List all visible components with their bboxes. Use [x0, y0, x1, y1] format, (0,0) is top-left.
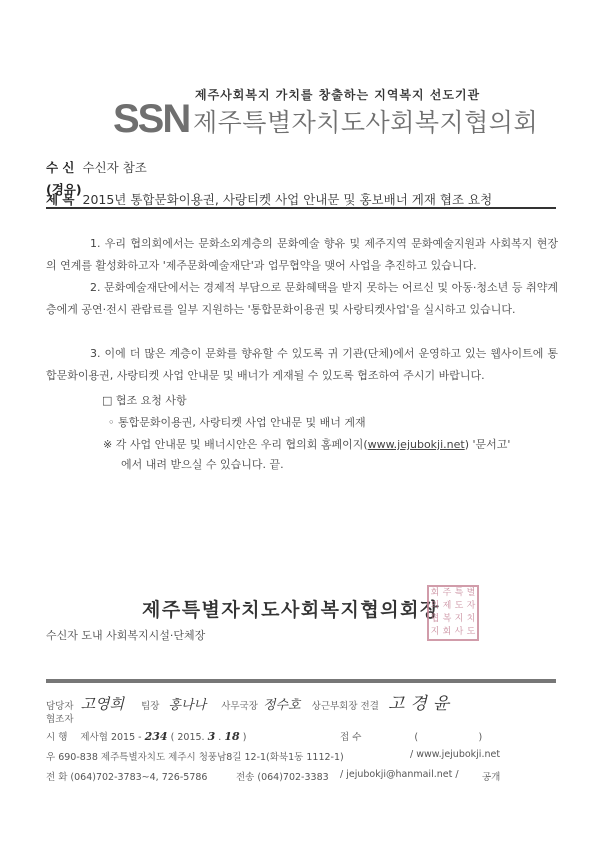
receipt-row: 접 수 ( ) [340, 729, 482, 743]
exec-month: 3 [208, 730, 216, 743]
footer-divider [46, 679, 556, 683]
note-line-1: ※ 각 사업 안내문 및 배너시안은 우리 협의회 홈페이지(www.jejub… [103, 436, 510, 452]
slogan: 제주사회복지 가치를 창출하는 지역복지 선도기관 [195, 86, 480, 103]
note-suffix: ) '문서고' [465, 438, 511, 451]
ssn-logo: SSN [113, 97, 189, 142]
title-divider [46, 207, 556, 209]
paragraph-3: 3. 이에 더 많은 계층이 문화를 향유할 수 있도록 귀 기관(단체)에서 … [46, 343, 558, 387]
approval-row: 담당자 고영희 팀장 홍나나 사무국장 정수호 상근부회장 전결 고경윤 [46, 689, 455, 714]
signatory-title: 제주특별자치도사회복지협의회장 [142, 595, 440, 622]
subject-value: 2015년 통합문화이용권, 사랑티켓 사업 안내문 및 홍보배너 게재 협조 … [83, 192, 493, 207]
org-name: 제주특별자치도사회복지협의회 [193, 103, 538, 139]
vp-signature: 고경윤 [388, 694, 455, 714]
exec-label: 시 행 [46, 732, 67, 743]
official-seal: 회주특별 의제도자 협복지치 지회사도 [427, 585, 479, 641]
website[interactable]: / www.jejubokji.net [410, 749, 500, 760]
secretary-label: 사무국장 [221, 701, 258, 712]
homepage-link[interactable]: www.jejubokji.net [368, 438, 465, 451]
team-label: 팀장 [141, 701, 159, 712]
doc-number: 234 [145, 730, 168, 743]
note-line-2: 에서 내려 받으실 수 있습니다. 끝. [121, 456, 284, 472]
recipient-row: 수 신 수신자 참조 [46, 158, 147, 176]
staff-signature: 고영희 [81, 695, 124, 713]
exec-date-open: ( 2015. [171, 732, 205, 743]
subject-label: 제 목 [46, 192, 75, 207]
request-item: ◦ 통합문화이용권, 사랑티켓 사업 안내문 및 배너 게재 [108, 414, 366, 430]
subject-row: 제 목 2015년 통합문화이용권, 사랑티켓 사업 안내문 및 홍보배너 게재… [46, 188, 492, 208]
paragraph-1: 1. 우리 협의회에서는 문화소외계층의 문화예술 향유 및 제주지역 문화예술… [46, 233, 558, 277]
receipt-value: ( ) [414, 732, 482, 743]
note-prefix: ※ 각 사업 안내문 및 배너시안은 우리 협의회 홈페이지( [103, 438, 368, 451]
disclosure-status: 공개 [482, 769, 500, 783]
exec-day: 18 [224, 730, 239, 743]
phone: 전 화 (064)702-3783~4, 726-5786 [46, 769, 207, 783]
fax: 전송 (064)702-3383 [236, 769, 329, 783]
exec-value: 제사협 2015 - [80, 732, 141, 743]
secretary-signature: 정수호 [263, 698, 301, 713]
email[interactable]: / jejubokji@hanmail.net / [340, 769, 459, 780]
receiver-list: 수신자 도내 사회복지시설·단체장 [46, 627, 205, 643]
execution-row: 시 행 제사협 2015 - 234 ( 2015. 3 . 18 ) [46, 729, 246, 743]
paragraph-2: 2. 문화예술재단에서는 경제적 부담으로 문화혜택을 받지 못하는 어르신 및… [46, 277, 558, 321]
exec-sep: . [218, 732, 221, 743]
request-heading: □ 협조 요청 사항 [102, 392, 187, 408]
recipient-label: 수 신 [46, 160, 75, 175]
team-signature: 홍나나 [168, 698, 206, 713]
recipient-value: 수신자 참조 [83, 160, 147, 175]
address: 우 690-838 제주특별자치도 제주시 청풍남8길 12-1(화북1동 11… [46, 749, 344, 763]
vp-label: 상근부회장 전결 [312, 701, 379, 712]
exec-date-close: ) [243, 732, 247, 743]
receipt-label: 접 수 [340, 732, 361, 743]
coop-label: 협조자 [46, 711, 74, 725]
